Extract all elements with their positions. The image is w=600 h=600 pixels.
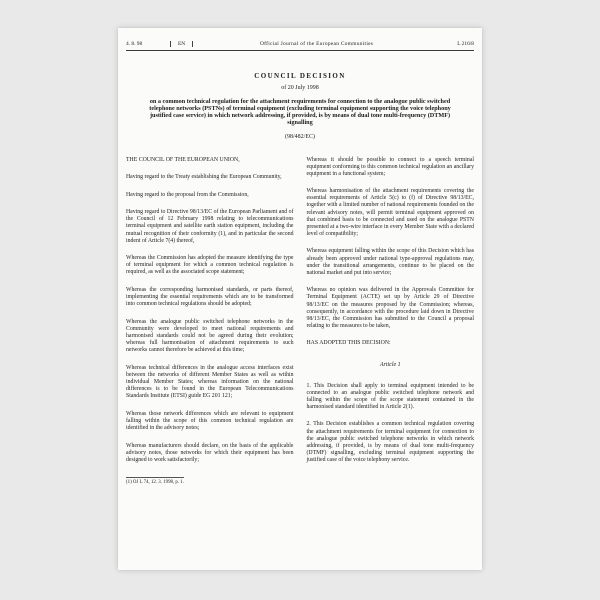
decision-subject-title: on a common technical regulation for the… xyxy=(148,98,452,126)
decision-type-heading: COUNCIL DECISION xyxy=(126,72,474,80)
journal-title: Official Journal of the European Communi… xyxy=(193,41,440,47)
article-paragraph: 2. This Decision establishes a common te… xyxy=(307,421,475,464)
recital-paragraph: Whereas equipment falling within the sco… xyxy=(307,248,475,276)
article-paragraph: 1. This Decision shall apply to terminal… xyxy=(307,383,475,411)
page-content: 4. 8. 98 EN Official Journal of the Euro… xyxy=(126,41,474,486)
scanned-document-viewport: 4. 8. 98 EN Official Journal of the Euro… xyxy=(0,0,600,600)
footnote: (1) OJ L 74, 12. 3. 1998, p. 1. xyxy=(126,480,294,486)
recital-paragraph: Whereas the Commission has adopted the m… xyxy=(126,255,294,276)
article-paragraphs: 1. This Decision shall apply to terminal… xyxy=(307,383,475,464)
text-columns: THE COUNCIL OF THE EUROPEAN UNION,Having… xyxy=(126,157,474,487)
recital-paragraph: Whereas it should be possible to connect… xyxy=(307,157,475,178)
left-column: THE COUNCIL OF THE EUROPEAN UNION,Having… xyxy=(126,157,294,487)
recital-paragraph: Whereas no opinion was delivered in the … xyxy=(307,287,475,330)
recital-paragraph: THE COUNCIL OF THE EUROPEAN UNION, xyxy=(126,157,294,164)
document-page: 4. 8. 98 EN Official Journal of the Euro… xyxy=(118,28,482,570)
right-column-paragraphs: Whereas it should be possible to connect… xyxy=(307,157,475,330)
title-block: COUNCIL DECISION of 20 July 1998 on a co… xyxy=(126,72,474,140)
right-column: Whereas it should be possible to connect… xyxy=(307,157,475,487)
header-page-ref: L 216/8 xyxy=(440,41,474,47)
footnote-block: (1) OJ L 74, 12. 3. 1998, p. 1. xyxy=(126,477,294,487)
running-header: 4. 8. 98 EN Official Journal of the Euro… xyxy=(126,41,474,47)
left-column-paragraphs: THE COUNCIL OF THE EUROPEAN UNION,Having… xyxy=(126,157,294,464)
decision-number: (98/482/EC) xyxy=(126,134,474,140)
article-heading: Article 1 xyxy=(307,362,475,369)
header-language-code: EN xyxy=(170,41,193,47)
recital-paragraph: Having regard to the Treaty establishing… xyxy=(126,174,294,181)
recital-paragraph: Whereas the analogue public switched tel… xyxy=(126,319,294,354)
header-rule xyxy=(126,50,474,51)
recital-paragraph: Whereas those network differences which … xyxy=(126,411,294,432)
header-date: 4. 8. 98 xyxy=(126,41,160,47)
recital-paragraph: Whereas harmonisation of the attachment … xyxy=(307,188,475,238)
recital-paragraph: Whereas manufacturers should declare, on… xyxy=(126,443,294,464)
recital-paragraph: Having regard to Directive 98/13/EC of t… xyxy=(126,209,294,244)
recital-paragraph: Having regard to the proposal from the C… xyxy=(126,192,294,199)
enacting-formula: HAS ADOPTED THIS DECISION: xyxy=(307,340,475,347)
recital-paragraph: Whereas the corresponding harmonised sta… xyxy=(126,287,294,308)
decision-date-line: of 20 July 1998 xyxy=(126,85,474,91)
recital-paragraph: Whereas technical differences in the ana… xyxy=(126,365,294,400)
footnote-rule xyxy=(126,477,184,478)
